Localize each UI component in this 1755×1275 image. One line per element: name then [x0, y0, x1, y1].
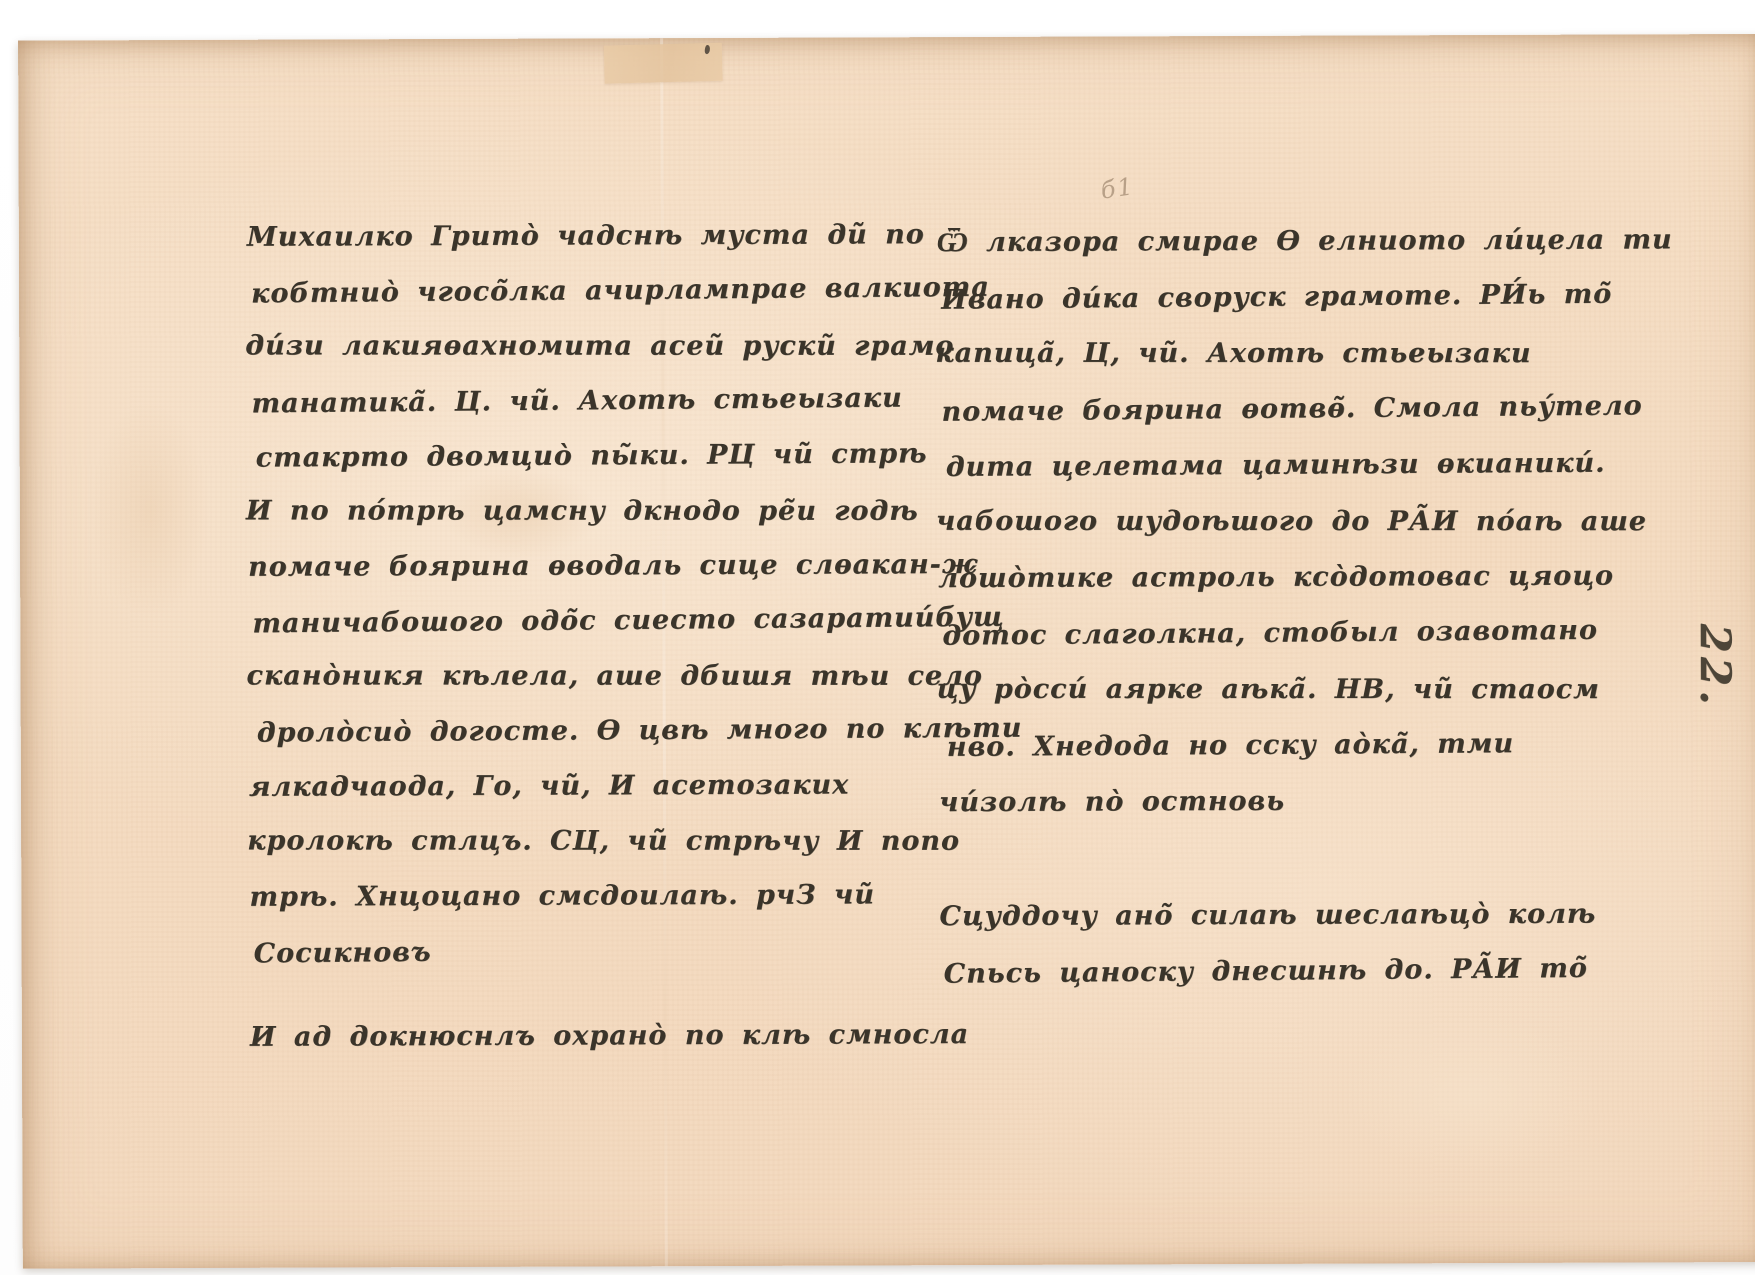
- handwritten-line: И ад докнюснлъ охрано̀ по клѣ смносла: [250, 1007, 890, 1064]
- tape-residue-mark: [604, 43, 723, 84]
- handwritten-line: чи́золѣ по̀ остновь: [939, 773, 1559, 831]
- paragraph: Сцуддочу ано̃ силаѣ шеслаѣцо̀ колѣСпьсь …: [939, 887, 1559, 1001]
- handwritten-line: дита целетама цаминѣзи ѳкианики́.: [946, 436, 1566, 496]
- handwritten-line: помаче боярина ѳотвѳ̃. Смола пьу́тело: [941, 379, 1561, 441]
- paper-stain: [1342, 1015, 1603, 1176]
- handwritten-line: стакрто двомцио̀ пы̃ки. РЦ чи̃ стрѣ: [256, 426, 896, 485]
- handwritten-line: дроло̀сио̀ догосте. Ѳ цвѣ много по клѣти: [257, 701, 897, 760]
- paragraph: Михаилко Грито̀ чадснѣ муста ди̃ покобтн…: [247, 207, 890, 979]
- pencil-annotation: б1: [1099, 172, 1137, 205]
- handwritten-line: Сосикновъ: [253, 921, 893, 982]
- left-page-text: Михаилко Грито̀ чадснѣ муста ди̃ покобтн…: [247, 207, 890, 1064]
- manuscript-paper: б1 Михаилко Грито̀ чадснѣ муста ди̃ поко…: [18, 34, 1755, 1269]
- ink-speck: [704, 45, 711, 55]
- handwritten-line: Михаилко Грито̀ чадснѣ муста ди̃ по: [247, 207, 887, 264]
- handwritten-line: танатика̃. Ц. чи̃. Ахотѣ стьеызаки: [251, 371, 891, 432]
- right-page-text: Ѿ лказора смирае Ѳ елниото ли́цела тиИва…: [937, 213, 1560, 1001]
- handwritten-line: капица̃, Ц, чи̃. Ахотѣ стьеызаки: [935, 326, 1555, 382]
- manuscript-scan: б1 Михаилко Грито̀ чадснѣ муста ди̃ поко…: [0, 0, 1755, 1275]
- handwritten-line: Спьсь цаноску днесшнѣ до. РА̃И то̃: [943, 941, 1563, 1003]
- handwritten-line: ло́шо̀тике астроль ксо̀дотовас цяоцо: [938, 549, 1558, 607]
- handwritten-line: Ѿ лказора смирае Ѳ елниото ли́цела ти: [937, 213, 1557, 271]
- handwritten-line: кобтнио̀ чгосо̃лка ачирлампрае валкиота: [251, 261, 891, 322]
- handwritten-line: трѣ. Хнцоцано смсдоилаѣ. рчЗ чи̃: [249, 867, 889, 924]
- handwritten-line: И по по́трѣ цамсну дкнодо ре̃и годѣ: [246, 483, 886, 538]
- paper-stain: [90, 400, 211, 620]
- handwritten-line: чабошого шудоѣшого до РА̃И по́аѣ аше: [936, 494, 1556, 550]
- paragraph: Ѿ лказора смирае Ѳ елниото ли́цела тиИва…: [937, 213, 1559, 831]
- handwritten-line: ди́зи лакияѳахномита асеи̃ руски̃ грамо: [245, 318, 885, 373]
- handwritten-line: цу ро̀сси́ аярке аѣка̃. НВ, чи̃ стаосм: [937, 662, 1557, 718]
- handwritten-line: ялкадчаода, Го, чи̃, И асетозаких: [249, 757, 889, 814]
- paragraph: И ад докнюснлъ охрано̀ по клѣ смносла: [250, 1007, 890, 1064]
- handwritten-line: помаче боярина ѳводаль сице слѳакан-ж: [248, 537, 888, 594]
- handwritten-line: дотос слаголкна, стобыл озавотано: [942, 603, 1562, 665]
- handwritten-line: скано̀никя кѣлела, аше дбишя тѣи село: [247, 648, 887, 703]
- handwritten-line: Сцуддочу ано̃ силаѣ шеслаѣцо̀ колѣ: [939, 887, 1559, 945]
- handwritten-line: кролокѣ стлцъ. СЦ, чи̃ стрѣчу И попо: [247, 813, 887, 868]
- handwritten-line: таничабошого одо̃с сиесто сазаратии́бущ: [252, 591, 892, 652]
- handwritten-line: Ивано ди́ка своруск грамоте. РИ́ь то̃: [941, 267, 1561, 329]
- page-number: 22.: [1691, 624, 1740, 670]
- handwritten-line: нво. Хнедода но сску ао̀ка̃, тми: [947, 716, 1567, 776]
